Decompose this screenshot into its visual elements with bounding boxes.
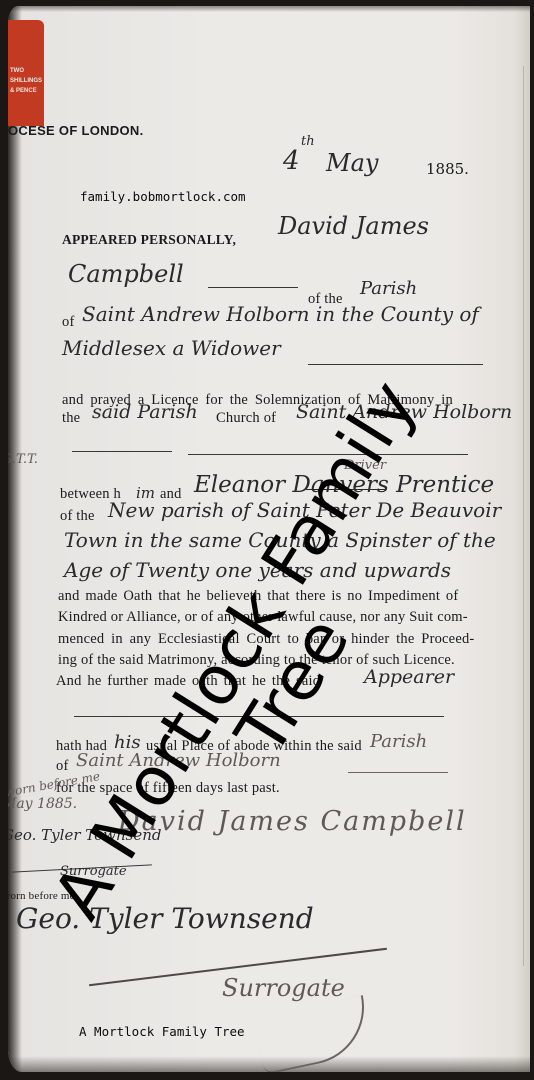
stamp-line-2: SHILLINGS	[10, 78, 42, 85]
the-label: the	[62, 410, 80, 427]
of-the-value: Parish	[360, 278, 417, 299]
church-said: said Parish	[92, 401, 198, 423]
hath-value: Parish	[370, 731, 427, 752]
page-fold-line	[523, 66, 524, 966]
church-of-label: Church of	[216, 410, 276, 427]
page-shadow-top	[8, 6, 530, 12]
website-watermark: family.bobmortlock.com	[80, 189, 246, 204]
stamp-line-3: & PENCE	[10, 88, 37, 95]
of-label-2: of	[56, 758, 68, 775]
rule-line	[208, 287, 298, 288]
appeared-label: APPEARED PERSONALLY,	[62, 232, 236, 248]
rule-line	[72, 451, 172, 452]
of-label: of	[62, 314, 74, 331]
footer-caption: A Mortlock Family Tree	[79, 1024, 245, 1039]
further-value: Appearer	[364, 666, 454, 688]
margin-initials: G.T.T.	[8, 452, 38, 467]
margin-sworn-line-2: May 1885.	[8, 796, 77, 812]
appellant-surname: Campbell	[68, 260, 184, 288]
residence-line-2: Middlesex a Widower	[62, 336, 281, 360]
date-year: 1885.	[426, 160, 469, 178]
of-the-label-2: of the	[60, 508, 95, 525]
date-day: 4	[283, 146, 300, 176]
diocese-header: OCESE OF LONDON.	[8, 123, 144, 138]
revenue-stamp: TWO SHILLINGS & PENCE	[8, 20, 44, 126]
rule-line	[348, 772, 448, 773]
surrogate-title: Surrogate	[222, 974, 345, 1002]
appellant-name-first: David James	[278, 212, 429, 240]
stamp-line-1: TWO	[10, 68, 24, 75]
date-day-suffix: th	[301, 134, 315, 149]
date-month: May	[326, 149, 378, 177]
residence-line-1: Saint Andrew Holborn in the County of	[82, 302, 479, 326]
